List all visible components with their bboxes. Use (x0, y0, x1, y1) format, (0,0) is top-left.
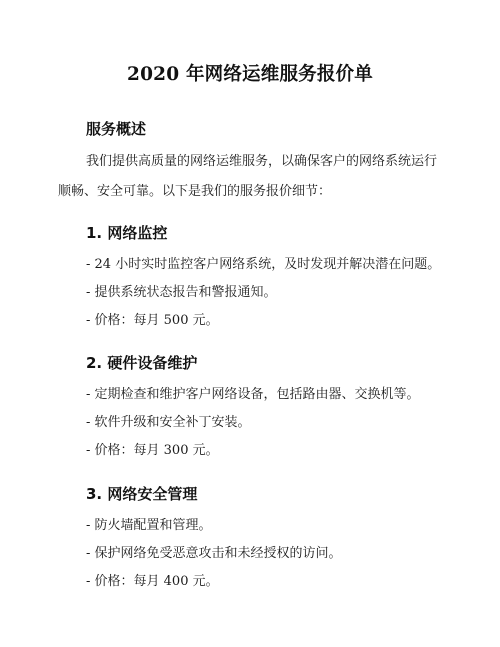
list-item: - 防火墙配置和管理。 (86, 514, 212, 533)
section-heading-security: 3. 网络安全管理 (86, 483, 197, 504)
overview-heading: 服务概述 (86, 118, 146, 139)
list-item: - 提供系统状态报告和警报通知。 (86, 281, 277, 300)
document-page: 2020 年网络运维服务报价单 服务概述 我们提供高质量的网络运维服务，以确保客… (0, 0, 500, 647)
section-heading-monitoring: 1. 网络监控 (86, 222, 167, 243)
list-item: - 保护网络免受恶意攻击和未经授权的访问。 (86, 542, 342, 561)
overview-paragraph-line2: 顺畅、安全可靠。以下是我们的服务报价细节： (58, 180, 331, 199)
list-item: - 定期检查和维护客户网络设备，包括路由器、交换机等。 (86, 383, 420, 402)
list-item-price: - 价格：每月 500 元。 (86, 309, 219, 328)
list-item: - 24 小时实时监控客户网络系统，及时发现并解决潜在问题。 (86, 253, 440, 272)
list-item: - 软件升级和安全补丁安装。 (86, 411, 251, 430)
document-title: 2020 年网络运维服务报价单 (0, 60, 500, 86)
section-heading-hardware: 2. 硬件设备维护 (86, 352, 197, 373)
overview-paragraph-line1: 我们提供高质量的网络运维服务，以确保客户的网络系统运行 (86, 150, 437, 169)
list-item-price: - 价格：每月 400 元。 (86, 570, 219, 589)
list-item-price: - 价格：每月 300 元。 (86, 439, 219, 458)
